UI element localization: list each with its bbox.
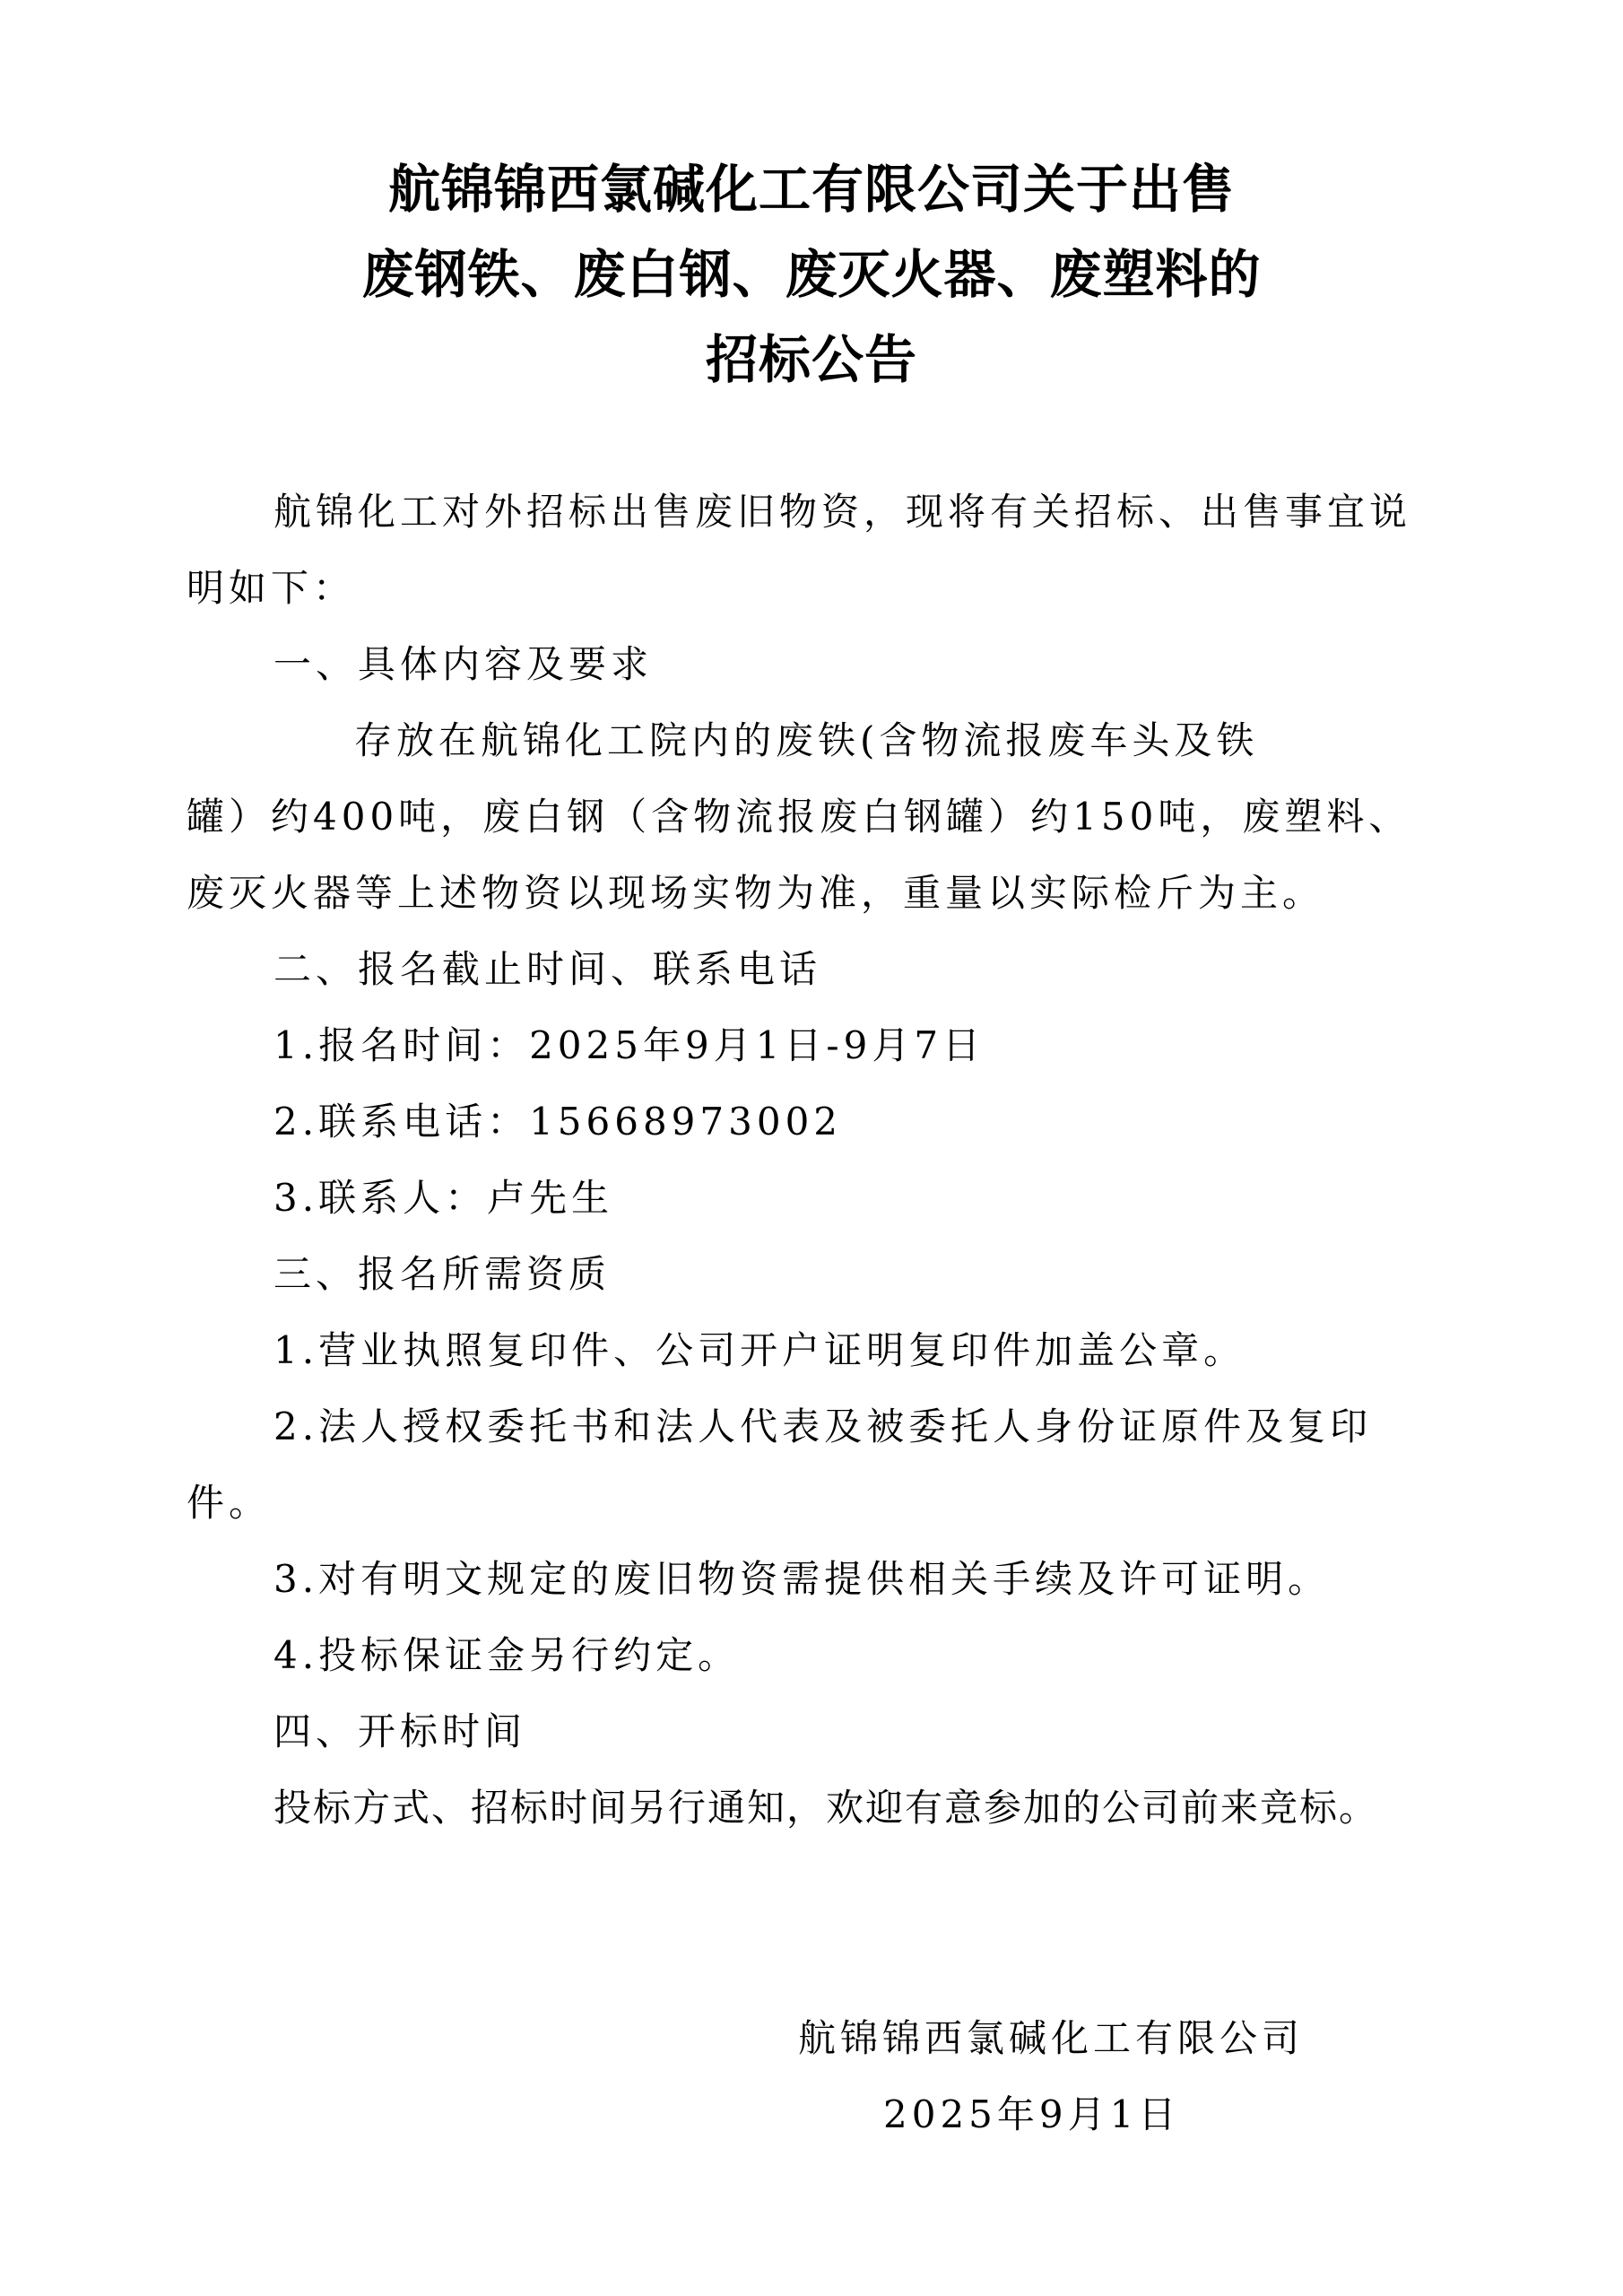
intro-line-2: 明如下： — [187, 568, 355, 609]
contact-person: 3.联系人：卢先生 — [273, 1178, 613, 1219]
qualification-item-2: 2.法人授权委托书和法人代表及被委托人身份证原件及复印 — [273, 1406, 1372, 1448]
document-title-line-1: 航锦锦西氯碱化工有限公司关于出售 — [0, 163, 1623, 215]
section-1-content-line-3: 废灭火器等上述物资以现场实物为准，重量以实际检斤为主。 — [187, 873, 1324, 914]
qualification-item-2-cont: 件。 — [187, 1483, 271, 1524]
section-1-heading: 一、具体内容及要求 — [273, 644, 653, 685]
qualification-item-4: 4.投标保证金另行约定。 — [273, 1635, 740, 1676]
section-2-heading: 二、报名截止时间、联系电话 — [273, 949, 821, 990]
contact-phone: 2.联系电话：15668973002 — [273, 1101, 842, 1143]
document-title-line-2: 废钢铁、废白钢、废灭火器、废塑料的 — [0, 248, 1623, 300]
section-1-content-line-1: 存放在航锦化工院内的废铁(含物流报废车头及铁 — [354, 720, 1258, 761]
section-4-content: 投标方式、招标时间另行通知，欢迎有意参加的公司前来竞标。 — [273, 1787, 1378, 1829]
section-3-heading: 三、报名所需资质 — [273, 1254, 611, 1295]
section-4-heading: 四、开标时间 — [273, 1711, 526, 1752]
signature-company: 航锦锦西氯碱化工有限公司 — [798, 2018, 1304, 2059]
intro-line-1: 航锦化工对外招标出售废旧物资，现将有关招标、出售事宜说 — [273, 491, 1411, 533]
section-1-content-line-2: 罐）约400吨，废白钢（含物流报废白钢罐）约150吨，废塑料、 — [187, 796, 1410, 838]
qualification-item-3: 3.对有明文规定的废旧物资需提供相关手续及许可证明。 — [273, 1559, 1330, 1600]
document-title-line-3: 招标公告 — [0, 334, 1623, 386]
signature-date: 2025年9月1日 — [883, 2094, 1180, 2135]
qualification-item-1: 1.营业执照复印件、公司开户证明复印件加盖公章。 — [273, 1330, 1245, 1371]
registration-time: 1.报名时间：2025年9月1日-9月7日 — [273, 1025, 985, 1066]
